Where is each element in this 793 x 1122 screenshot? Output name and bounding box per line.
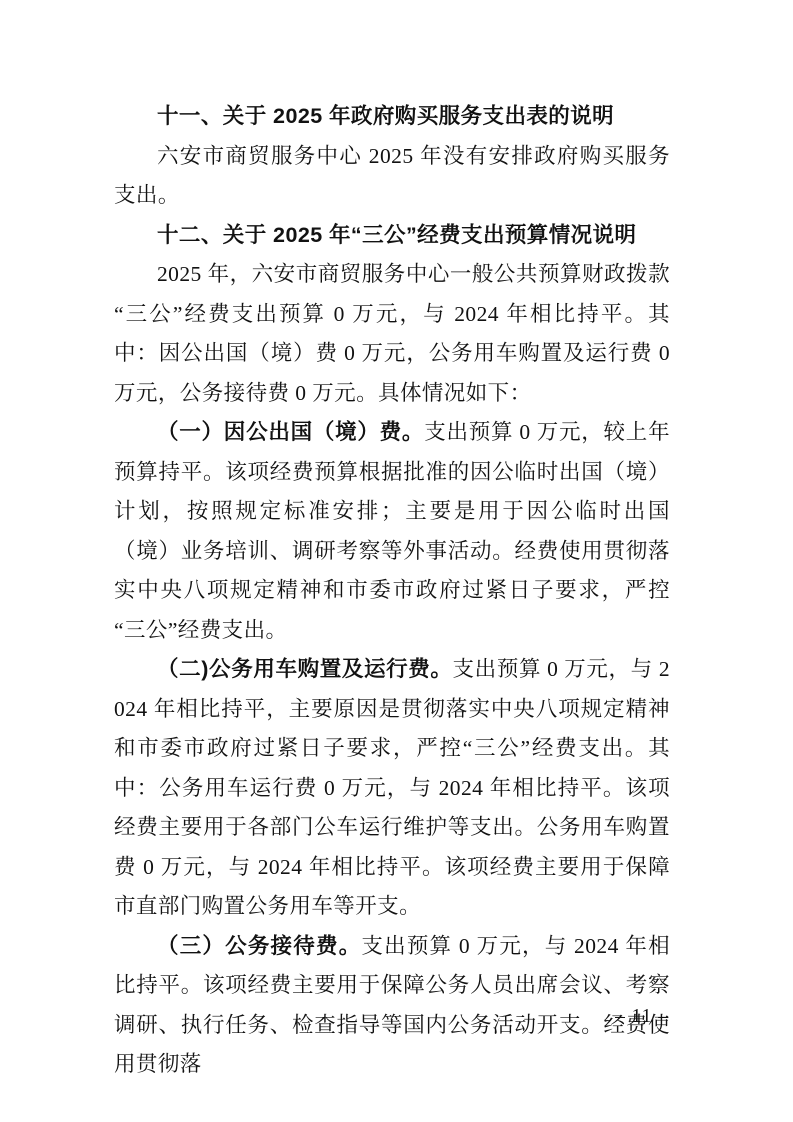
paragraph-text: 支出预算 0 万元，与 2024 年相比持平，主要原因是贯彻落实中央八项规定精神… [114,657,670,918]
paragraph-text: 六安市商贸服务中心 2025 年没有安排政府购买服务支出。 [114,144,670,208]
page-number: – 11 – [615,1006,669,1028]
paragraph-no-purchase-spending: 六安市商贸服务中心 2025 年没有安排政府购买服务支出。 [114,137,670,216]
paragraph-text: 2025 年，六安市商贸服务中心一般公共预算财政拨款“三公”经费支出预算 0 万… [114,262,670,405]
section-heading-11: 十一、关于 2025 年政府购买服务支出表的说明 [114,97,670,137]
document-content: 十一、关于 2025 年政府购买服务支出表的说明 六安市商贸服务中心 2025 … [114,97,670,1085]
paragraph-lead: （二)公务用车购置及运行费。 [157,657,453,681]
paragraph-three-public-overview: 2025 年，六安市商贸服务中心一般公共预算财政拨款“三公”经费支出预算 0 万… [114,255,670,413]
section-heading-12: 十二、关于 2025 年“三公”经费支出预算情况说明 [114,216,670,256]
paragraph-lead: （一）因公出国（境）费。 [157,420,424,444]
paragraph-text: 支出预算 0 万元，较上年预算持平。该项经费预算根据批准的因公临时出国（境）计划… [114,420,670,642]
paragraph-official-reception-fee: （三）公务接待费。支出预算 0 万元，与 2024 年相比持平。该项经费主要用于… [114,927,670,1085]
paragraph-lead: （三）公务接待费。 [157,934,361,958]
paragraph-overseas-travel-fee: （一）因公出国（境）费。支出预算 0 万元，较上年预算持平。该项经费预算根据批准… [114,413,670,650]
document-page: 十一、关于 2025 年政府购买服务支出表的说明 六安市商贸服务中心 2025 … [0,0,793,1122]
paragraph-official-vehicle-fee: （二)公务用车购置及运行费。支出预算 0 万元，与 2024 年相比持平，主要原… [114,650,670,927]
